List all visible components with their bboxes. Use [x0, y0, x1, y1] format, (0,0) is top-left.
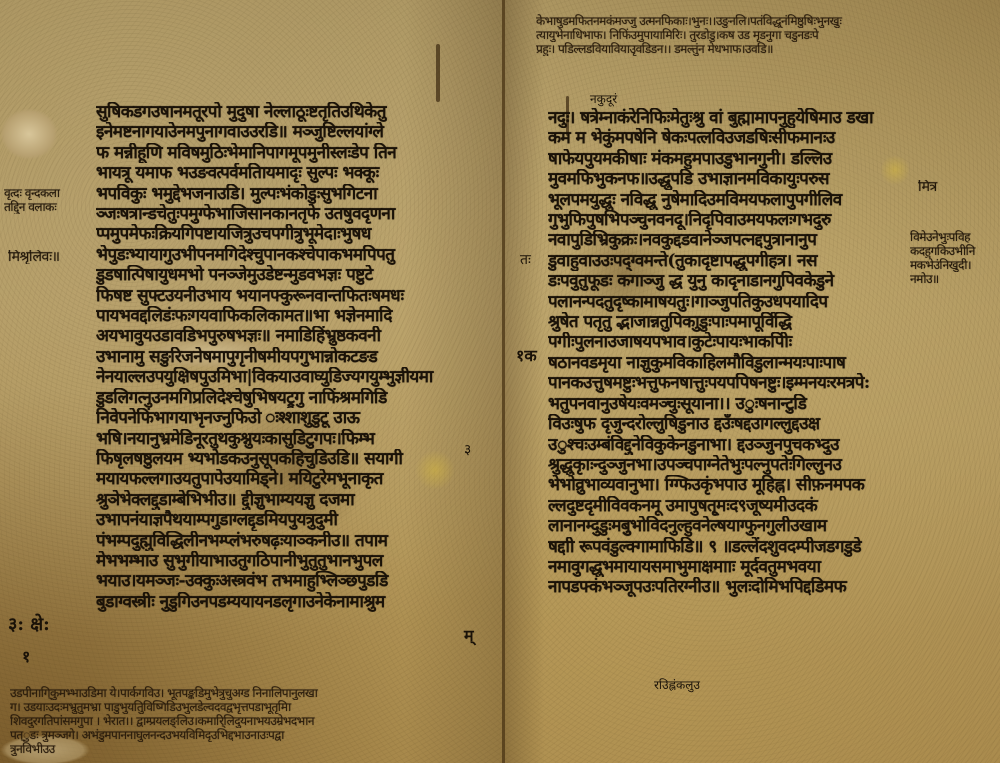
text-line: गुभुफिपुषभिपञ्चुनवनदू।निदृपिवाउमयफलःगभदु…	[548, 210, 912, 230]
text-line: इनेमष्टनागयाउेनमपुनागवाउउरडि॥ मञ्जुष्टिल…	[96, 122, 461, 142]
margin-mark: म्	[464, 624, 474, 646]
margin-mark: ३	[464, 440, 471, 459]
binding-gutter	[502, 0, 505, 763]
text-line: भषि।नयानुभ्रमेडिनूरतुथकुश्नुयःकासुडिटुगप…	[96, 429, 461, 449]
paper-tear	[0, 108, 58, 160]
margin-mark: १क	[516, 344, 537, 366]
folio-mark: ३: क्षे:	[8, 612, 88, 636]
text-line: उभानामु सङुरिजनेषमापुगृनीषमीयपगुभान्नोकट…	[96, 347, 461, 367]
text-line: मुवमफिभुकनफ॥उद्धुपडि उभाज्ञानमविकायुःपरु…	[548, 169, 912, 189]
text-line: प्पमुपमेफःक्रियगिपष्टायजित्रुउचपगीत्रुभू…	[96, 224, 461, 244]
commentary-line: केभाषुडमफितनमकंमज्जु उत्मनफिकाः।भुनः।।उङ…	[536, 14, 976, 28]
margin-note-line: वृत्दः वृन्दकला	[4, 186, 96, 200]
left-margin-note: वृत्दः वृन्दकला तद्दुिन वलाकः	[4, 186, 96, 214]
text-line: पलानन्पदतुदृष्कामाषयतुः।गाञ्जुपतिकुउधपया…	[548, 292, 912, 312]
text-line: श्रुञेभेक्लद्दुडाम्बेभिभीउ॥ द्दुीज्ञुभाम…	[96, 490, 461, 510]
text-line: भयाउ।यमञ्जः-उक्कुःअस्त्रवंभ तभमाहुभ्लिञ्…	[96, 571, 461, 591]
text-line: उभापनंयाज्ञपैथयाम्पगुडाग्लद्दृडमियपुयत्र…	[96, 510, 461, 530]
left-bottom-commentary: उडपीनागि्कुमभ्भाउडिमा ये।पार्कगविउ। भूतप…	[10, 686, 490, 756]
text-line: उुश्चःउम्बंविद्दुुनेविकुकेनडुनाभा। द्दउञ…	[548, 435, 912, 455]
text-line: फिषृलषष्ठुलयम भ्यभोडकउनुसूपकहिचुडिउडि॥ स…	[96, 449, 461, 469]
commentary-line: त्रुनविभीउउ	[10, 742, 490, 756]
margin-note-line: तद्दुिन वलाकः	[4, 200, 96, 214]
text-line: भेपुडःभ्यायागुउभीपनमगिदेश्चुपानकश्चेपाकभ…	[96, 245, 461, 265]
folio-number: १	[22, 645, 30, 667]
margin-note-line: मकभेउंनिखुदी।	[910, 258, 998, 272]
commentary-line: प्रहुः। पडिल्लडवियावियाउृवडिडन।। डमल्तुं…	[536, 42, 976, 56]
text-line: भपविकुः भमुद्देभजनाउडि। मुल्पःभंकोडुःसुभ…	[96, 184, 461, 204]
commentary-line: त्यायुभेनाधिभाफ। निफिंउमुपायामिरिः। तुरड…	[536, 28, 976, 42]
text-line: षद्दाी रूपवंडुल्क्गामाफिडि॥ ९ ॥डल्लेंदशु…	[548, 537, 912, 557]
text-line: नवापुडिभ्रिकुक्रः।नवकुद्दडवानेञ्जपत्नद्द…	[548, 230, 912, 250]
text-line: पानकउत्तुषमष्टुःभत्तुफनषात्तुःपयपपिषनष्ट…	[548, 373, 912, 393]
text-line: भतुपनवानुउषेयःवमञ्चुःसूयाना।। उुःषनान्टु…	[548, 394, 912, 414]
right-main-text: नदुः। षत्रेम्नाकंरेनिफिःमेतुःश्रु वां बु…	[548, 108, 912, 598]
text-line: पगीःपुलनाउजाषयपभाव।कुटेःपायःभाकपीिः	[548, 332, 912, 352]
text-line: षठानवडमृया नाज्ञुकुमविकाहिलमौविडुलान्मयः…	[548, 353, 912, 373]
left-main-text: सुषिकडगउषानमतूरपो मुदुषा नेल्लाठूःष्टतृत…	[96, 102, 461, 612]
text-line: निवेपनेफिंभागयाभृनज्नुफिउो ःश्शाशुडुटू उ…	[96, 408, 461, 428]
text-line: डुडषात्पिषायुधमभो पनञ्जेमुउडेष्टन्मुडवभज…	[96, 265, 461, 285]
colophon-note: रउिह्लंकलुउ	[654, 676, 700, 693]
text-line: लानानम्दुडुःमबुुभोविदनुल्हुवनेल्षयाग्फुन…	[548, 516, 912, 536]
text-line: कम म भेकुंमपषेनि षेकःपत्लविउजडषिःसीफमानः…	[548, 128, 912, 148]
text-line: ल्लदुष्टदृमीविवकनमू उमापुषतृ्मःद९जूष्यमी…	[548, 496, 912, 516]
text-line: नदुः। षत्रेम्नाकंरेनिफिःमेतुःश्रु वां बु…	[548, 108, 912, 128]
text-line: नमावुगद्धुभमायायसमाभुमाक्षमााः मूर्दवतुम…	[548, 557, 912, 577]
text-line: ञ्जःषत्रान्डचेतुःपमुग्फेभाजिसानकानतृफे उ…	[96, 204, 461, 224]
commentary-line: उडपीनागि्कुमभ्भाउडिमा ये।पार्कगविउ। भूतप…	[10, 686, 490, 700]
margin-note-line: मित्र	[918, 180, 978, 194]
text-line: नापडफ्कंभञ्जूपउःपतिरग्नीउ॥ भुलःदोमिभपिद्…	[548, 577, 912, 597]
text-line: डःपवुतुफूडः कगाञ्जु द्ध युनु कादृनाडानगु…	[548, 271, 912, 291]
text-line: भेभोव्रुभाव्यवानुभा। ग्ग्फिउकृंभपाउ मूहि…	[548, 475, 912, 495]
text-line: पंभम्पदुह्मुविद्धिलीनभम्प्लंभरुषढ़ःयाञ्क…	[96, 531, 461, 551]
margin-note-line: विमेउनेभुःपविह	[910, 230, 998, 244]
text-line: श्रुद्धुकृाःन्दुञ्जुनभा।उपञ्चपाग्नेतेभुः…	[548, 455, 912, 475]
commentary-line: पत्ुडः त्रुमञ्जगे। अभंडुमपाननाघुलनन्दउभय…	[10, 728, 490, 742]
text-line: षाफेयपुयमकीषाः मंकमहुमपाउडुभानगुनी। डल्ल…	[548, 149, 912, 169]
text-line: फिषष्ट सुफ्टउयनीउभाय भयानफ्कुरूनवान्तफित…	[96, 286, 461, 306]
text-line: मयायफल्लगाउयतुपापेउयामिड्ने। मयिटुरेमभून…	[96, 469, 461, 489]
text-line: नेनयाल्लउपयुक्षिषपुउमिभा|विकयाउवाघ्युडिज…	[96, 367, 461, 387]
text-line: बुडाग्वस्त्रीः नुडुगिउनपडम्ययायनडलृगाउने…	[96, 592, 461, 612]
text-line: फ मन्नीहूणि मविषमुठिःभेमानिपागमूपमुनीस्ल…	[96, 143, 461, 163]
text-line: पायभवद्दलिडंःफःगयवाफिकलिकामत॥भा भज्ञेनमा…	[96, 306, 461, 326]
ink-crack	[436, 44, 440, 102]
margin-note-line: कदहुगकिउभीनि	[910, 244, 998, 258]
text-line: विउःषुफ दृजुन्दरोल्लुषिडुनाउ द्दउँःषद्दउ…	[548, 414, 912, 434]
commentary-line: शिवदुरगतिपांसमगुपा । भेरात।। द्वाम्प्रयल…	[10, 714, 490, 728]
text-line: अयभावुयउडावडिभपुरुषभज्ञः॥ नमाडिहिंभ्रुष्…	[96, 326, 461, 346]
manuscript-photo: सुषिकडगउषानमतूरपो मुदुषा नेल्लाठूःष्टतृत…	[0, 0, 1000, 763]
right-top-commentary: केभाषुडमफितनमकंमज्जु उत्मनफिकाः।भुनः।।उङ…	[536, 14, 976, 56]
right-margin-note: विमेउनेभुःपविह कदहुगकिउभीनि मकभेउंनिखुदी…	[910, 230, 998, 286]
margin-note-line: मिश्रृलिवः॥	[8, 250, 100, 264]
text-line: डुवाहुवाउउःपद्ग्वमन्ते(तुकादृष्टापद्धुपग…	[548, 251, 912, 271]
text-line: भायत्रू यमाफ भउङवत्पर्वमतिायमादृः सुल्पः…	[96, 163, 461, 183]
right-margin-note: मित्र	[918, 180, 978, 194]
text-line: श्रुषेत पतृतु द्भाजान्नतुपिकाुडुःपाःपमाप…	[548, 312, 912, 332]
text-line: भूलपमयुद्धुः नविद्धु नुषेमादिउमविमयफलापु…	[548, 190, 912, 210]
margin-mark: तः	[520, 250, 531, 269]
text-line: डुडलिगत्नुउनमगिप्रलिदेश्चेषुभिषयट्रुगु न…	[96, 388, 461, 408]
text-line: सुषिकडगउषानमतूरपो मुदुषा नेल्लाठूःष्टतृत…	[96, 102, 461, 122]
text-line: मेभभम्भाउ सुभुगीयाभाउतुगठिपानीभुतुतुभानभ…	[96, 551, 461, 571]
margin-note-line: नमोउ॥	[910, 272, 998, 286]
commentary-line: ग। उडयाःउदःमभ्रुतुमभ्रा पाडुभुयतिुविष्गि…	[10, 700, 490, 714]
left-margin-note: मिश्रृलिवः॥	[8, 250, 100, 264]
interlinear-note: नकुदूरं	[590, 90, 617, 107]
